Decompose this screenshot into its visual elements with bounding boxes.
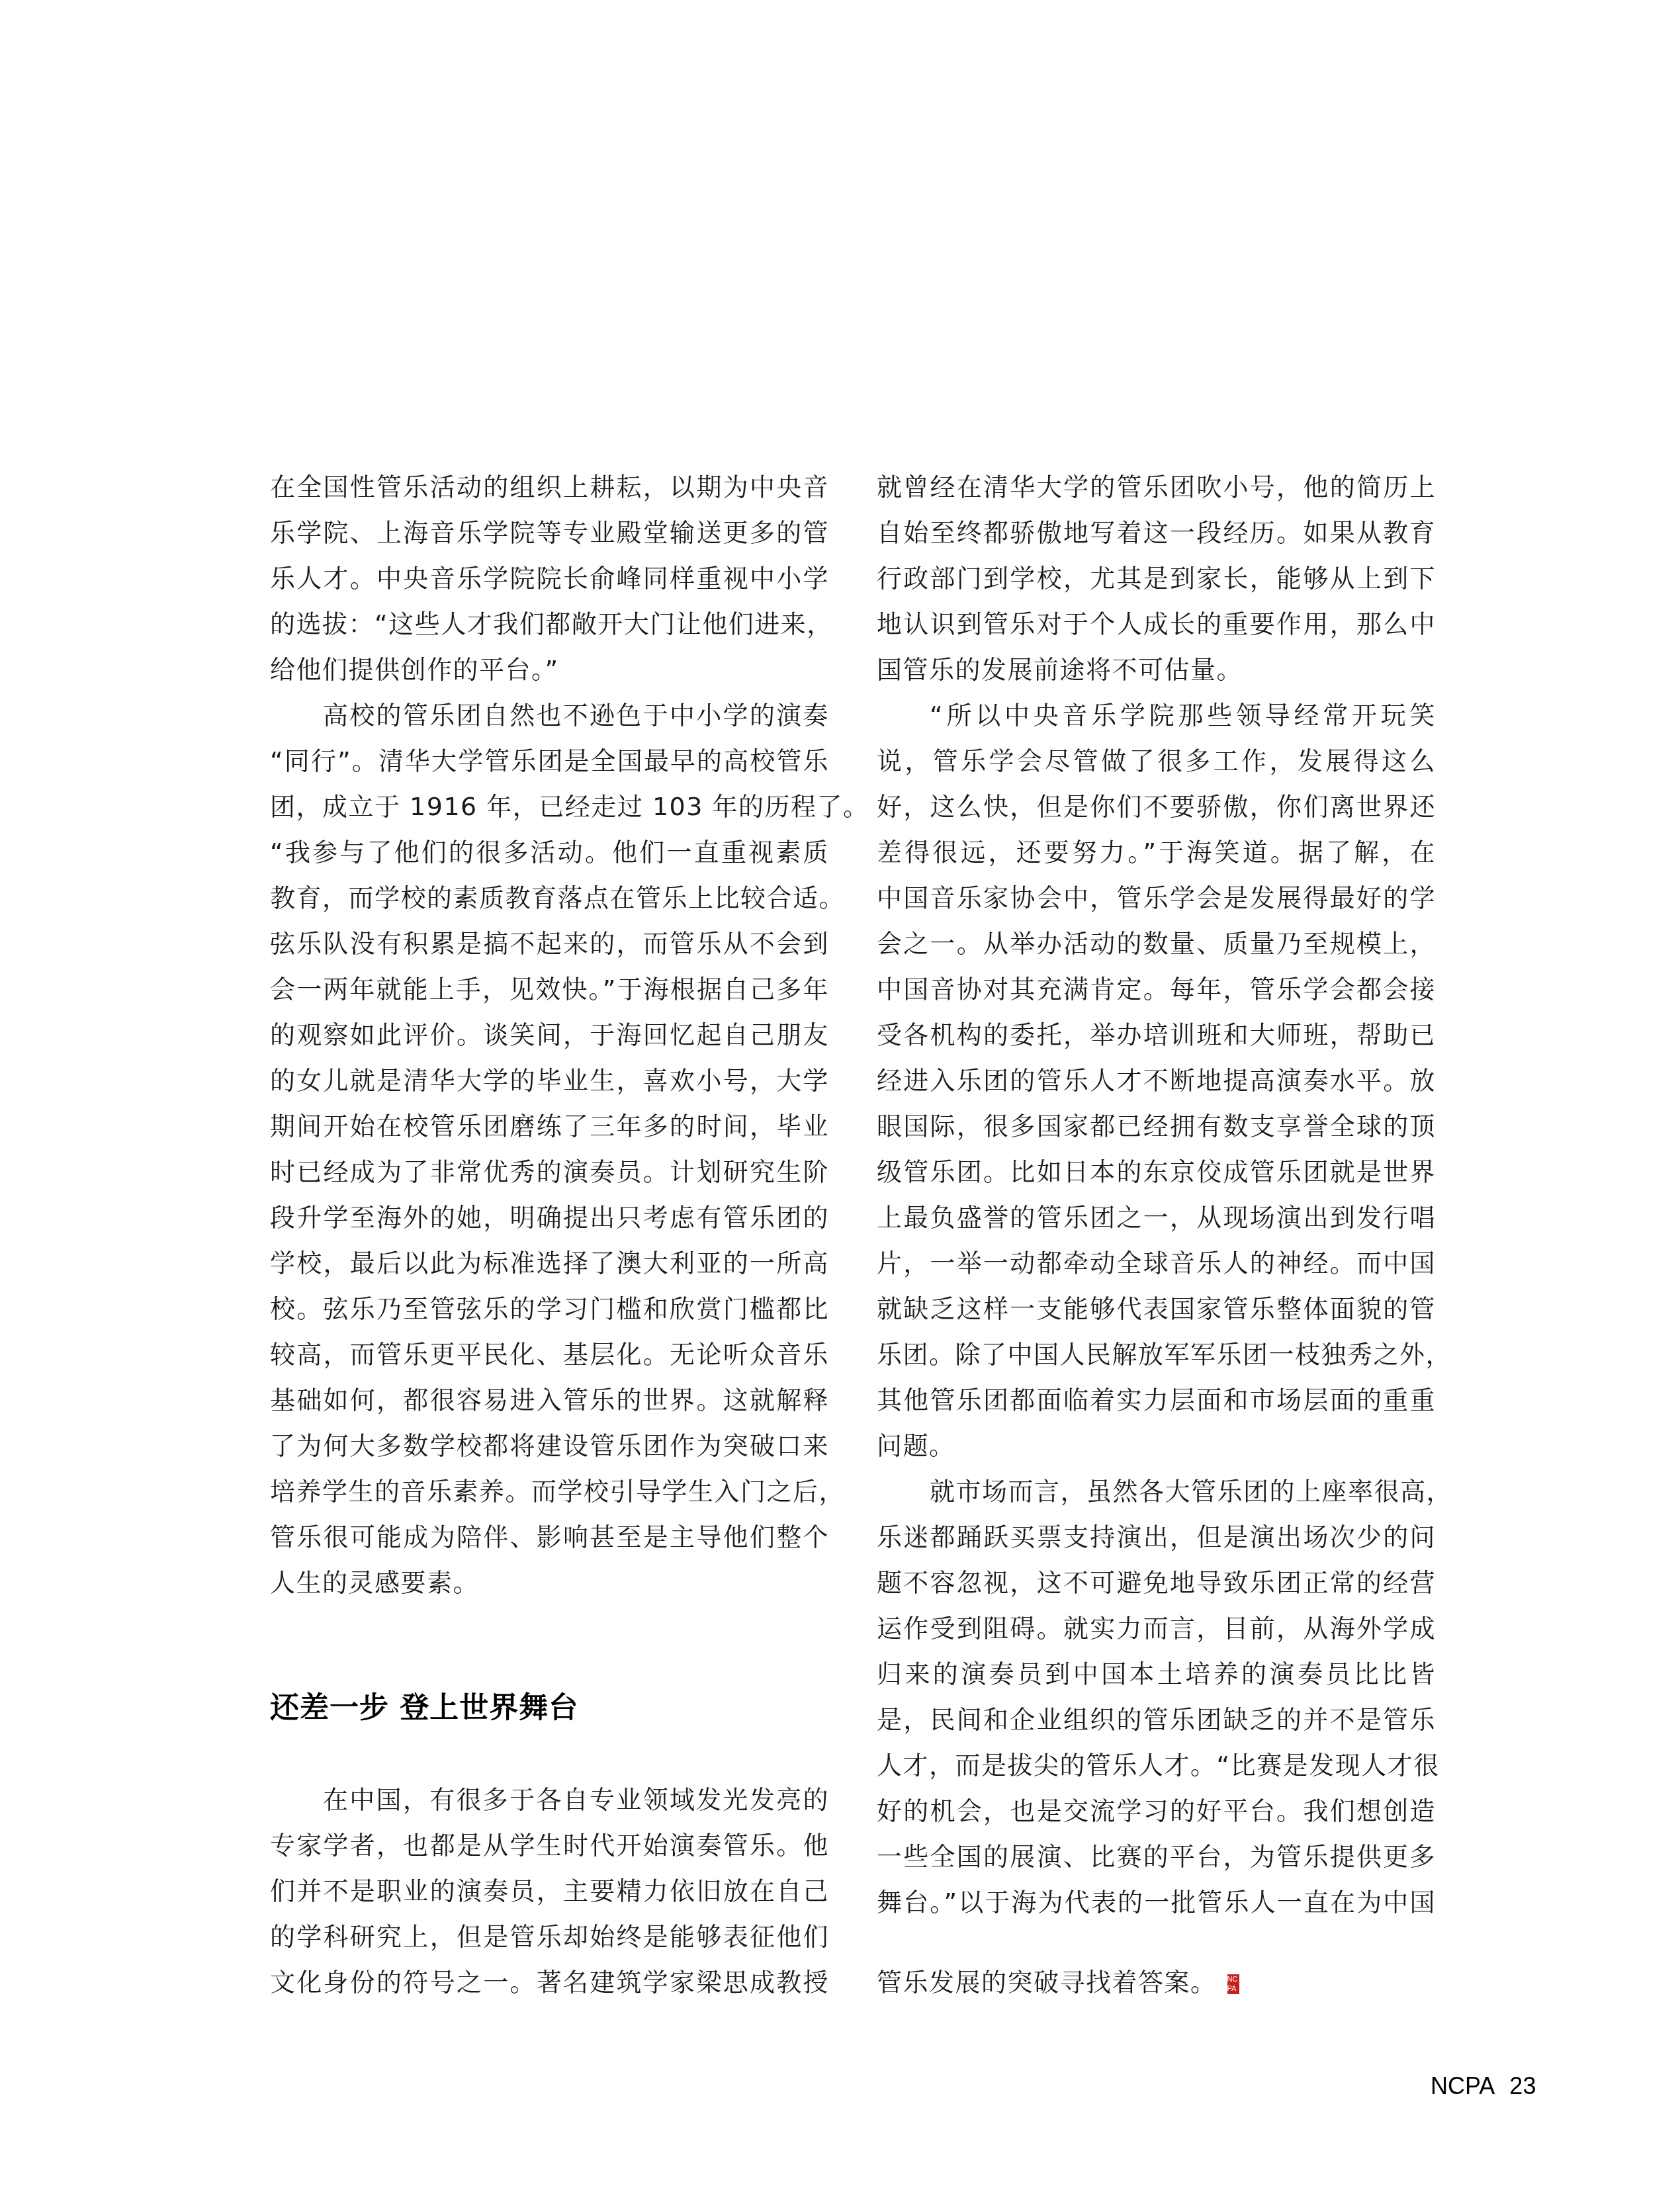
body-line: 专家学者，也都是从学生时代开始演奏管乐。他 — [270, 1832, 829, 1878]
body-line: 上最负盛誉的管乐团之一，从现场演出到发行唱 — [877, 1204, 1436, 1250]
body-line: 乐学院、上海音乐学院等专业殿堂输送更多的管 — [270, 519, 829, 565]
body-line: 会一两年就能上手，见效快。”于海根据自己多年 — [270, 976, 829, 1022]
body-line: “所以中央音乐学院那些领导经常开玩笑 — [877, 702, 1436, 748]
body-line: 学校，最后以此为标准选择了澳大利亚的一所高 — [270, 1250, 829, 1295]
body-line: 在全国性管乐活动的组织上耕耘，以期为中央音 — [270, 474, 829, 519]
body-line: 好，这么快，但是你们不要骄傲，你们离世界还 — [877, 793, 1436, 839]
body-line: 乐人才。中央音乐学院院长俞峰同样重视中小学 — [270, 565, 829, 611]
page-footer: NCPA23 — [1431, 2072, 1536, 2100]
body-line: 就曾经在清华大学的管乐团吹小号，他的简历上 — [877, 474, 1436, 519]
body-line: 好的机会，也是交流学习的好平台。我们想创造 — [877, 1798, 1436, 1843]
body-line: 受各机构的委托，举办培训班和大师班，帮助已 — [877, 1022, 1436, 1067]
body-line: 高校的管乐团自然也不逊色于中小学的演奏 — [270, 702, 829, 748]
body-line: 国管乐的发展前途将不可估量。 — [877, 656, 1436, 702]
body-line: 自始至终都骄傲地写着这一段经历。如果从教育 — [877, 519, 1436, 565]
body-line: 段升学至海外的她，明确提出只考虑有管乐团的 — [270, 1204, 829, 1250]
end-mark-top: NC — [1227, 1975, 1239, 1984]
body-line: 人才，而是拔尖的管乐人才。“比赛是发现人才很 — [877, 1752, 1436, 1798]
body-line: 就市场而言，虽然各大管乐团的上座率很高， — [877, 1478, 1436, 1524]
body-line: 给他们提供创作的平台。” — [270, 656, 829, 702]
body-line: 问题。 — [877, 1432, 1436, 1478]
body-line: 文化身份的符号之一。著名建筑学家梁思成教授 — [270, 1969, 829, 2015]
body-line: 片，一举一动都牵动全球音乐人的神经。而中国 — [877, 1250, 1436, 1295]
body-line: 经进入乐团的管乐人才不断地提高演奏水平。放 — [877, 1067, 1436, 1113]
section-heading: 还差一步 登上世界舞台 — [270, 1692, 578, 1724]
body-line: 说，管乐学会尽管做了很多工作，发展得这么 — [877, 748, 1436, 793]
body-line: 校。弦乐乃至管弦乐的学习门槛和欣赏门槛都比 — [270, 1295, 829, 1341]
body-line: 中国音协对其充满肯定。每年，管乐学会都会接 — [877, 976, 1436, 1022]
body-line: 团，成立于 1916 年，已经走过 103 年的历程了。 — [270, 793, 829, 839]
body-line: 是，民间和企业组织的管乐团缺乏的并不是管乐 — [877, 1706, 1436, 1752]
final-line-text: 管乐发展的突破寻找着答案。 — [877, 1968, 1217, 1997]
body-line: 管乐很可能成为陪伴、影响甚至是主导他们整个 — [270, 1524, 829, 1569]
body-line: 就缺乏这样一支能够代表国家管乐整体面貌的管 — [877, 1295, 1436, 1341]
ncpa-end-mark-icon: NCPA — [1227, 1974, 1239, 1994]
body-line: 运作受到阻碍。就实力而言，目前，从海外学成 — [877, 1615, 1436, 1661]
body-line: “同行”。清华大学管乐团是全国最早的高校管乐 — [270, 748, 829, 793]
body-line: 会之一。从举办活动的数量、质量乃至规模上， — [877, 930, 1436, 976]
body-line: 乐迷都踊跃买票支持演出，但是演出场次少的问 — [877, 1524, 1436, 1569]
body-line: 时已经成为了非常优秀的演奏员。计划研究生阶 — [270, 1159, 829, 1204]
body-line: 差得很远，还要努力。”于海笑道。据了解，在 — [877, 839, 1436, 885]
body-line: “我参与了他们的很多活动。他们一直重视素质 — [270, 839, 829, 885]
body-line: 的学科研究上，但是管乐却始终是能够表征他们 — [270, 1923, 829, 1969]
body-line: 归来的演奏员到中国本土培养的演奏员比比皆 — [877, 1661, 1436, 1706]
body-line: 们并不是职业的演奏员，主要精力依旧放在自己 — [270, 1878, 829, 1923]
body-line: 乐团。除了中国人民解放军军乐团一枝独秀之外， — [877, 1341, 1436, 1387]
body-line: 的观察如此评价。谈笑间，于海回忆起自己朋友 — [270, 1022, 829, 1067]
body-line: 的选拔：“这些人才我们都敞开大门让他们进来， — [270, 611, 829, 656]
body-line: 中国音乐家协会中，管乐学会是发展得最好的学 — [877, 885, 1436, 930]
body-line: 基础如何，都很容易进入管乐的世界。这就解释 — [270, 1387, 829, 1432]
publication-name: NCPA — [1431, 2072, 1495, 2099]
body-line: 弦乐队没有积累是搞不起来的，而管乐从不会到 — [270, 930, 829, 976]
body-line: 级管乐团。比如日本的东京佼成管乐团就是世界 — [877, 1159, 1436, 1204]
end-mark-bottom: PA — [1227, 1984, 1239, 1993]
body-line: 一些全国的展演、比赛的平台，为管乐提供更多 — [877, 1843, 1436, 1889]
body-line: 较高，而管乐更平民化、基层化。无论听众音乐 — [270, 1341, 829, 1387]
body-line: 的女儿就是清华大学的毕业生，喜欢小号，大学 — [270, 1067, 829, 1113]
page-number: 23 — [1509, 2072, 1536, 2099]
body-line: 在中国，有很多于各自专业领域发光发亮的 — [270, 1786, 829, 1832]
body-line: 培养学生的音乐素养。而学校引导学生入门之后， — [270, 1478, 829, 1524]
body-line: 人生的灵感要素。 — [270, 1569, 829, 1615]
body-line: 期间开始在校管乐团磨练了三年多的时间，毕业 — [270, 1113, 829, 1159]
body-line: 舞台。”以于海为代表的一批管乐人一直在为中国 — [877, 1889, 1436, 1935]
body-line-final: 管乐发展的突破寻找着答案。NCPA — [877, 1969, 1436, 2015]
body-line: 地认识到管乐对于个人成长的重要作用，那么中 — [877, 611, 1436, 656]
body-line: 其他管乐团都面临着实力层面和市场层面的重重 — [877, 1387, 1436, 1432]
body-line: 眼国际，很多国家都已经拥有数支享誉全球的顶 — [877, 1113, 1436, 1159]
body-line: 了为何大多数学校都将建设管乐团作为突破口来 — [270, 1432, 829, 1478]
body-line: 行政部门到学校，尤其是到家长，能够从上到下 — [877, 565, 1436, 611]
body-line: 教育，而学校的素质教育落点在管乐上比较合适。 — [270, 885, 829, 930]
body-line: 题不容忽视，这不可避免地导致乐团正常的经营 — [877, 1569, 1436, 1615]
